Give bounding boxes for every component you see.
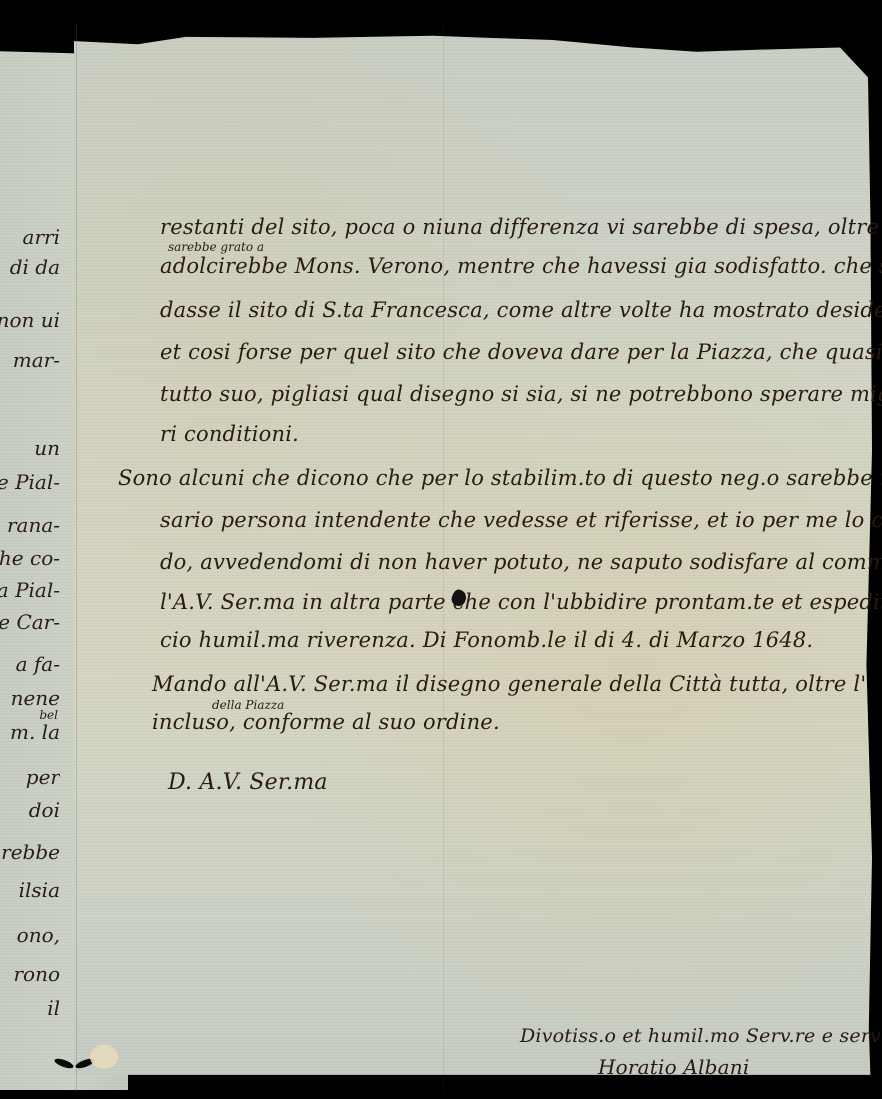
facing-line: di da <box>10 255 60 279</box>
postscript-line: incluso, conforme al suo ordine. <box>152 710 500 734</box>
facing-line: he co- <box>0 546 60 570</box>
letter-line: Sono alcuni che dicono che per lo stabil… <box>118 466 882 490</box>
facing-page-text: arri di da non ui mar- un re Pial- rana-… <box>0 30 60 1090</box>
postscript-line: Mando all'A.V. Ser.ma il disegno general… <box>152 672 866 696</box>
facing-line: il <box>47 996 60 1020</box>
letter-line: l'A.V. Ser.ma in altra parte che con l'u… <box>160 590 882 614</box>
letter-line: ri conditioni. <box>160 422 299 446</box>
facing-line: arri <box>23 225 60 249</box>
facing-line: re Pial- <box>0 470 60 494</box>
letter-line: et cosi forse per quel sito che doveva d… <box>160 340 882 364</box>
facing-line: doi <box>29 798 60 822</box>
letter-line: tutto suo, pigliasi qual disegno si sia,… <box>160 382 882 406</box>
facing-line: nene <box>11 686 60 710</box>
facing-line: rana- <box>7 513 60 537</box>
letter-line: dasse il sito di S.ta Francesca, come al… <box>160 298 882 322</box>
salutation: D. A.V. Ser.ma <box>168 770 328 795</box>
facing-line: non ui <box>0 308 60 332</box>
facing-line: rono <box>13 962 60 986</box>
facing-line: ilsia <box>19 878 60 902</box>
closing-line: Divotiss.o et humil.mo Serv.re e servo <box>520 1025 882 1047</box>
interlinear-insert: sarebbe grato a <box>168 240 264 254</box>
letter-line: restanti del sito, poca o niuna differen… <box>160 215 882 239</box>
paper-stain <box>90 1045 118 1069</box>
facing-line: a fa- <box>16 652 60 676</box>
facing-line: rebbe <box>1 840 60 864</box>
facing-line: un <box>34 436 60 460</box>
fold-line <box>76 24 77 1092</box>
letter-line: do, avvedendomi di non haver potuto, ne … <box>160 550 882 574</box>
facing-interlinear: bel <box>39 708 58 722</box>
facing-line: per <box>26 765 60 789</box>
letter-line: cio humil.ma riverenza. Di Fonomb.le il … <box>160 628 813 652</box>
signature: Horatio Albani <box>598 1055 749 1079</box>
facing-line: a Pial- <box>0 578 60 602</box>
facing-line: m. la <box>10 720 60 744</box>
letter-line: sario persona intendente che vedesse et … <box>160 508 882 532</box>
facing-line: e Car- <box>0 610 60 634</box>
facing-line: mar- <box>13 348 60 372</box>
facing-line: ono, <box>17 923 60 947</box>
letter-line: adolcirebbe Mons. Verono, mentre che hav… <box>160 254 882 278</box>
